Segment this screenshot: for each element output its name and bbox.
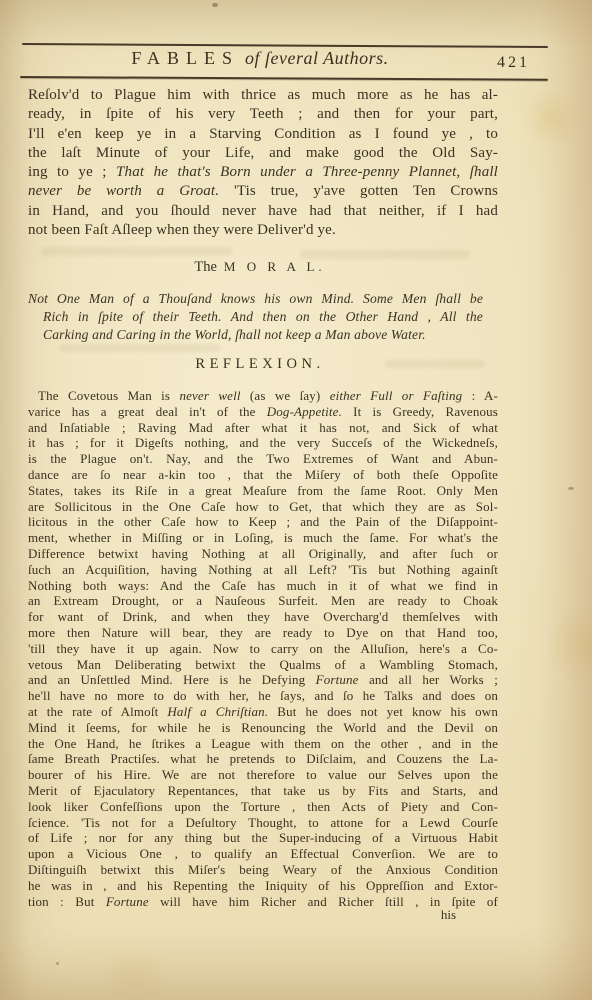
reflexion-text: The Covetous Man is never well (as we ſa… — [28, 388, 498, 909]
text-line: Reſolv'd to Plague him with thrice as mu… — [28, 86, 498, 105]
text-line: at the rate of Almoſt Half a Chriſtian. … — [28, 704, 498, 720]
text-line: is the Plague on't. Nay, and the Two Ext… — [28, 451, 498, 467]
text-line: ment, whether in Miſſing or in Loſing, i… — [28, 530, 498, 546]
text-line: he was in , and his Repenting the Iniqui… — [28, 878, 498, 894]
ink-speck — [212, 3, 218, 7]
running-header-title: FABLES — [131, 48, 239, 68]
text-line: more then Nature will bear, they are rea… — [28, 625, 498, 641]
text-line: The Covetous Man is never well (as we ſa… — [28, 388, 498, 404]
ink-speck — [56, 962, 59, 965]
text-line: Mind it ſeems, for while he is Renouncin… — [28, 720, 498, 736]
fable-continuation-paragraph: Reſolv'd to Plague him with thrice as mu… — [28, 86, 498, 240]
text-line: ready, in ſpite of his very Teeth ; and … — [28, 105, 498, 124]
text-line: Rich in ſpite of their Teeth. And then o… — [28, 308, 483, 326]
text-line: licitous in the other Caſe how to Keep ;… — [28, 514, 498, 530]
text-line: ſcience. 'Tis not for a Deſultory Though… — [28, 815, 498, 831]
text-line: are Sollicitous in the One Caſe how to G… — [28, 499, 498, 515]
text-line: vetous Man Deliberating betwixt the Qual… — [28, 657, 498, 673]
paper-stain — [520, 88, 584, 148]
text-line: an Extream Drought, or a Nauſeous Surfei… — [28, 593, 498, 609]
page-number: 421 — [497, 54, 530, 72]
text-line: ſuch an Acquiſition, having Nothing at a… — [28, 562, 498, 578]
ink-speck — [568, 487, 574, 490]
text-line: Difference betwixt having Nothing at all… — [28, 546, 498, 562]
moral-heading: TheM O R A L. — [20, 258, 500, 276]
text-line: it has ; for it Digeſts nothing, and the… — [28, 435, 498, 451]
show-through-smudge — [385, 360, 485, 368]
text-line: dance are ſo near a-kin too , that the M… — [28, 467, 498, 483]
show-through-smudge — [42, 247, 232, 256]
text-line: ing to ye ; That he that's Born under a … — [28, 163, 498, 182]
text-line: upon a Vicious One , to qualify an Effec… — [28, 846, 498, 862]
text-line: never be worth a Groat. 'Tis true, y'ave… — [28, 182, 498, 201]
text-line: for want of Drink, and when they have Ov… — [28, 609, 498, 625]
paper-stain — [548, 600, 592, 690]
book-page: FABLESof ſeveral Authors. 421 Reſolv'd t… — [0, 0, 592, 1000]
show-through-smudge — [300, 250, 470, 259]
text-line: and Inſatiable ; Raving Mad after what i… — [28, 420, 498, 436]
text-line: Carking and Caring in the World, ſhall n… — [28, 326, 483, 344]
text-line: he'll have no more to do with her, he ſa… — [28, 688, 498, 704]
text-line: bourer of his Hire. We are not therefore… — [28, 767, 498, 783]
moral-heading-word: M O R A L. — [224, 259, 326, 274]
text-line: ſame Breath Practiſes. what he pretends … — [28, 751, 498, 767]
catchword: his — [28, 907, 456, 923]
text-line: varice has a great deal in't of the Dog-… — [28, 404, 498, 420]
text-line: not been Faſt Aſleep when they were Deli… — [28, 221, 498, 240]
header-rule-bottom — [20, 76, 548, 81]
text-line: the laſt Minute of your Life, and make g… — [28, 144, 498, 163]
text-line: Merit of Ejaculatory Repentances, that t… — [28, 783, 498, 799]
running-header-subtitle: of ſeveral Authors. — [245, 48, 389, 68]
text-line: I'll e'en keep ye in a Starving Conditio… — [28, 125, 498, 144]
show-through-smudge — [60, 344, 220, 352]
text-line: of Life ; nor for any thing but the Supe… — [28, 830, 498, 846]
moral-text: Not One Man of a Thouſand knows his own … — [28, 290, 483, 343]
text-line: in Hand, and you ſhould never have had t… — [28, 202, 498, 221]
text-line: 'till they have it up again. Now to carr… — [28, 641, 498, 657]
text-line: Not One Man of a Thouſand knows his own … — [28, 290, 483, 308]
paper-stain — [90, 950, 180, 1000]
text-line: the One Hand, he ſtrikes a League with t… — [28, 736, 498, 752]
text-line: Nothing both ways: And the Caſe has much… — [28, 578, 498, 594]
running-header: FABLESof ſeveral Authors. — [20, 48, 500, 69]
text-line: look liker Confeſſions upon the Torture … — [28, 799, 498, 815]
text-line: States, takes its Riſe in a great Meaſur… — [28, 483, 498, 499]
text-line: and an Unſettled Mind. Here is he Defyin… — [28, 672, 498, 688]
moral-heading-the: The — [194, 259, 217, 275]
text-line: Diſtinguiſh betwixt this Miſer's being W… — [28, 862, 498, 878]
